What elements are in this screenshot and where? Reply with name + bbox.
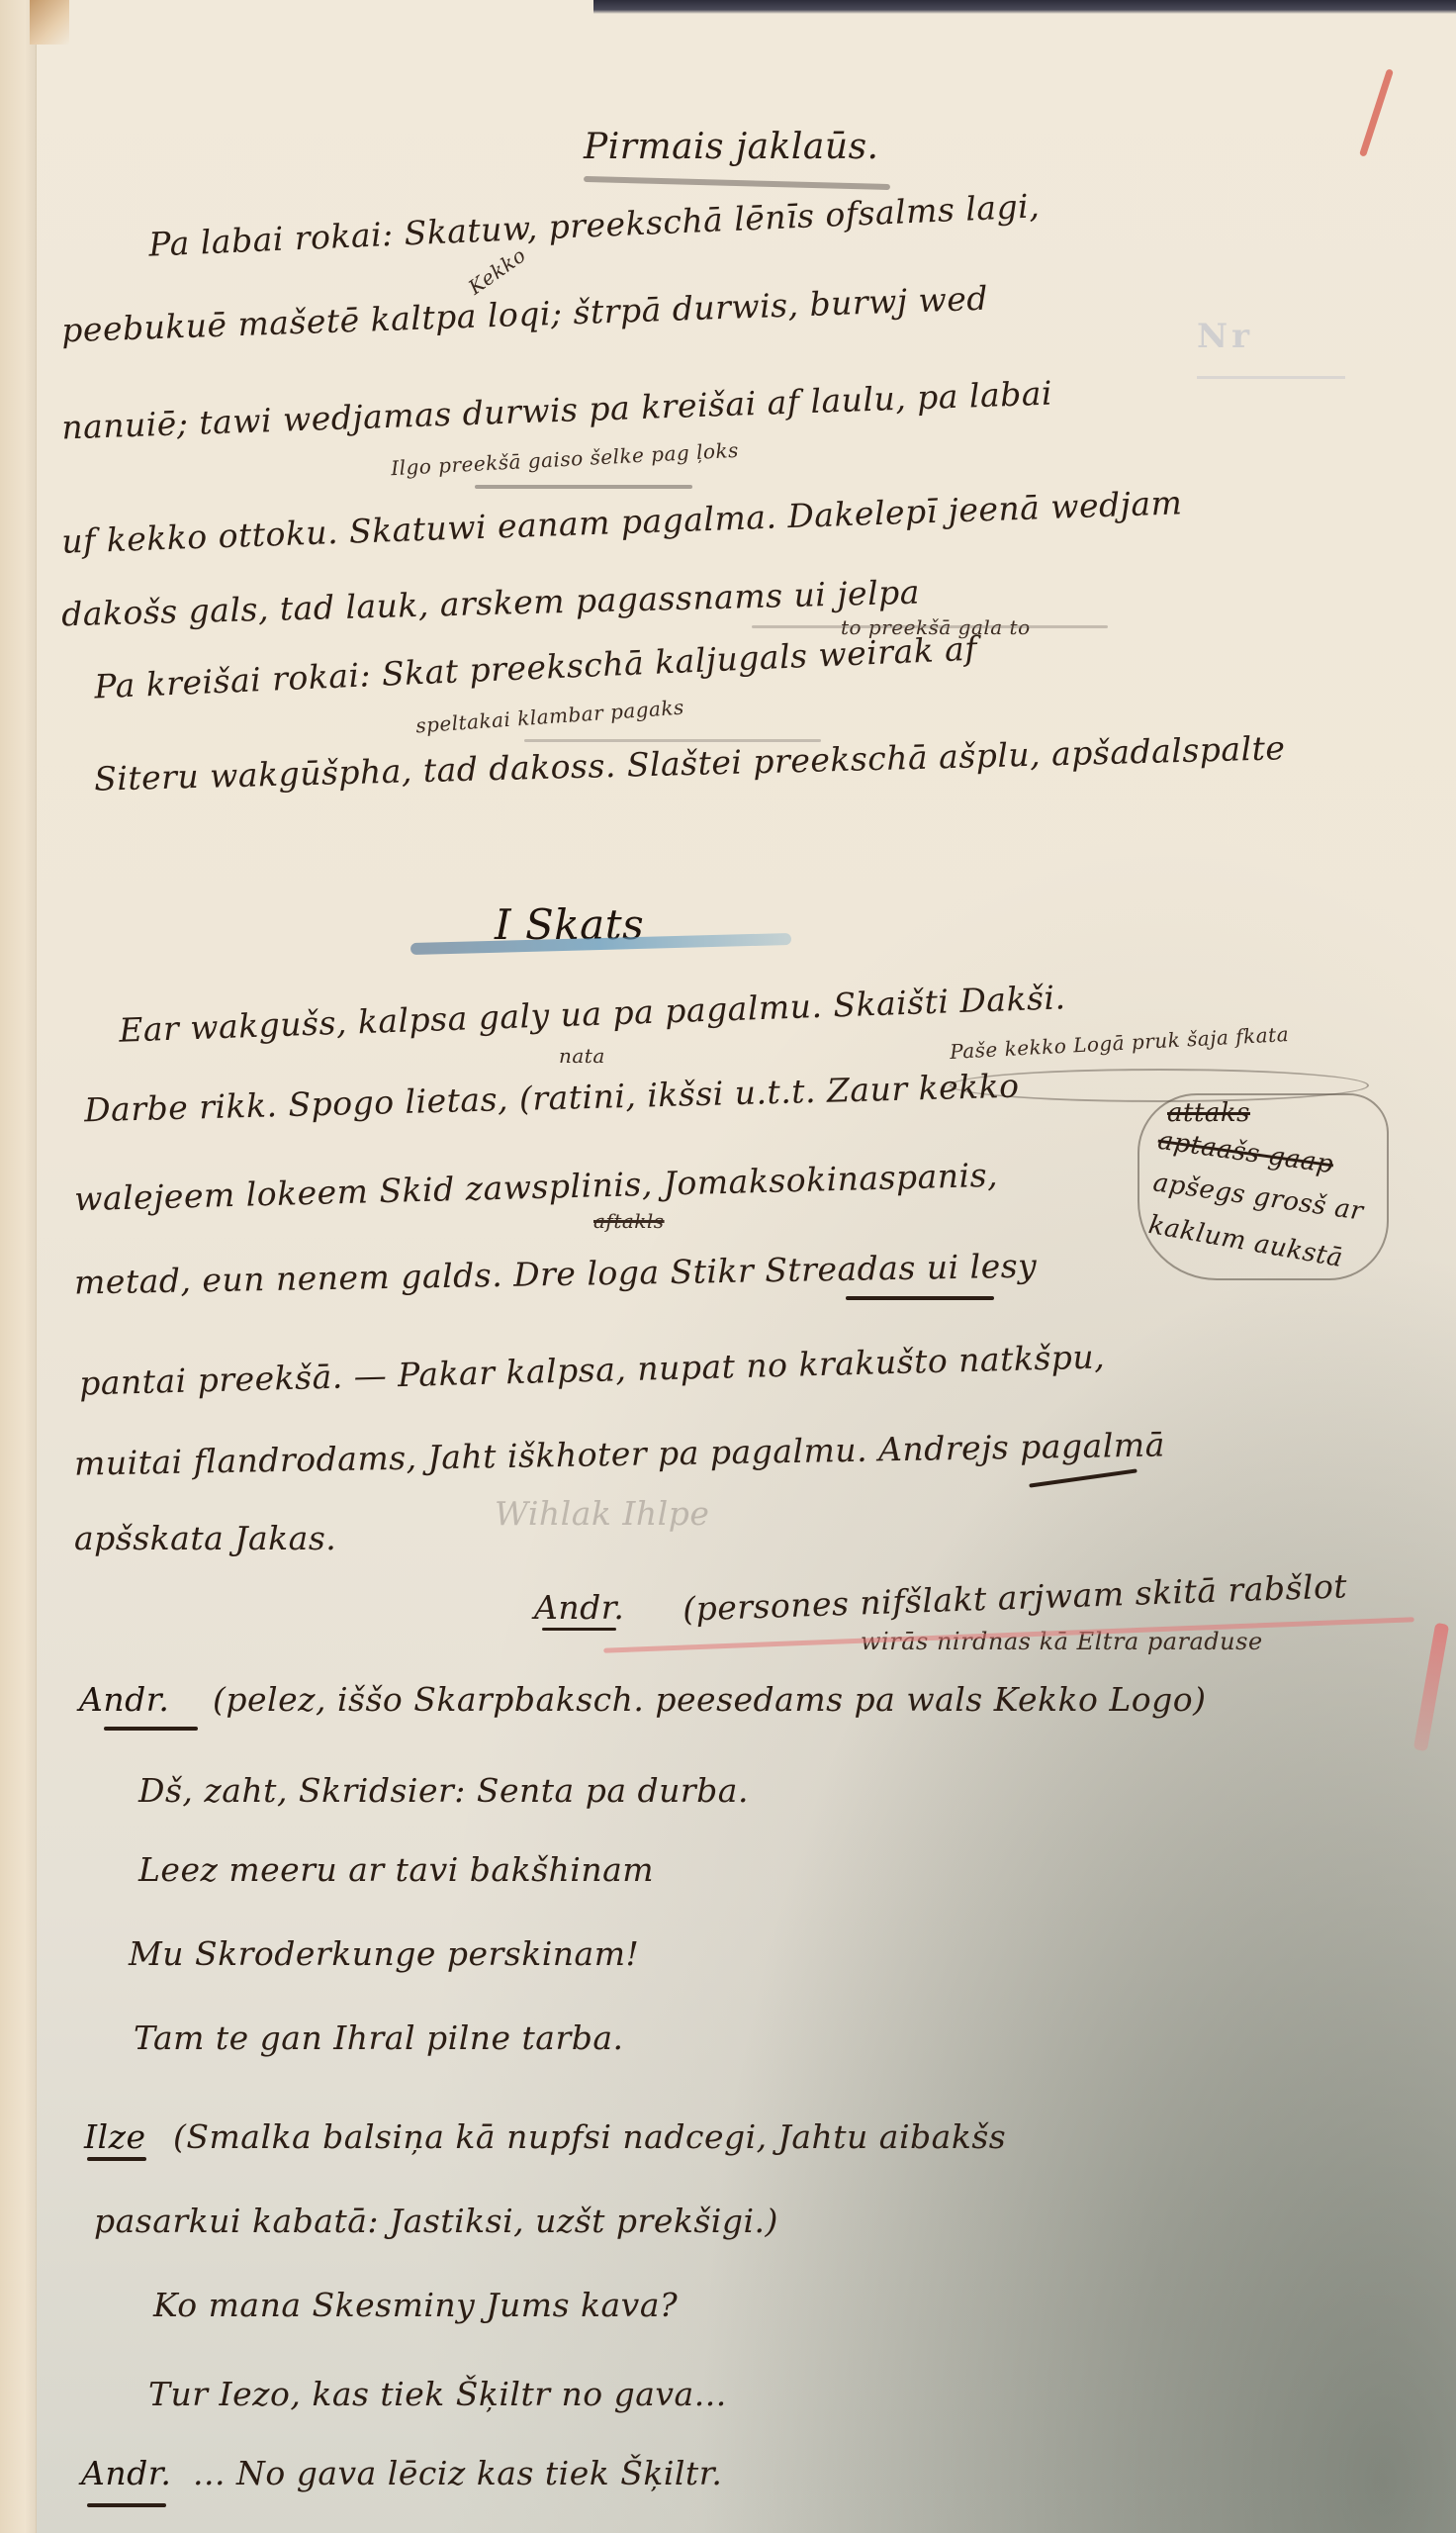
- dialogue-speaker: Andr.: [81, 2454, 171, 2492]
- speaker-underline: [87, 2503, 166, 2507]
- dialogue-text: Mu Skroderkunge perskinam!: [129, 1934, 639, 1973]
- insertion-above: Kekko: [464, 243, 530, 300]
- intro-line: nanuiē; tawi wedjamas durwis pa kreišai …: [61, 374, 1053, 447]
- page-binding-edge: [0, 0, 37, 2533]
- insertion-above: Ilgo preekšā gaiso šelke pag ļoks: [391, 438, 740, 480]
- top-shadow-band: [593, 0, 1456, 14]
- red-page-mark-icon: [1359, 68, 1394, 157]
- page-title: Pirmais jaklaūs.: [584, 127, 879, 167]
- stage-direction-speaker: Andr.: [534, 1588, 624, 1627]
- dialogue-text: pasarkui kabatā: Jastiksi, uzšt prekšigi…: [94, 2202, 778, 2240]
- ghost-stamp: Nr: [1197, 317, 1345, 379]
- scene-line: Darbe rikk. Spogo lietas, (ratini, ikšsi…: [84, 1067, 1020, 1130]
- speaker-underline: [104, 1727, 198, 1731]
- manuscript-page: Nr Pirmais jaklaūs. Pa labai rokai: Skat…: [0, 0, 1456, 2533]
- insertion-caret: [475, 485, 692, 489]
- dialogue-text: (pelez, iššo Skarpbaksch. peesedams pa w…: [213, 1680, 1207, 1719]
- insertion-struck: aftakls: [593, 1209, 665, 1233]
- scene-line: Ear wakgušs, kalpsa galy ua pa pagalmu. …: [119, 978, 1066, 1049]
- scene-line: muitai flandrodams, Jaht iškhoter pa pag…: [74, 1425, 1165, 1482]
- dialogue-text: (Smalka balsiņa kā nupfsi nadcegi, Jahtu…: [173, 2117, 1006, 2156]
- word-underline: [1029, 1468, 1137, 1487]
- scene-line: apšskata Jakas.: [74, 1519, 336, 1557]
- intro-line: Pa kreišai rokai: Skat preekschā kaljuga…: [94, 629, 978, 706]
- word-underline: [846, 1296, 994, 1300]
- dialogue-text: ... No gava lēciz kas tiek Šķiltr.: [193, 2454, 722, 2492]
- scene-line: metad, eun nenem galds. Dre loga Stikr S…: [74, 1247, 1038, 1302]
- intro-line: Pa labai rokai: Skatuw, preekschā lēnīs …: [148, 186, 1041, 263]
- insertion-caret: [752, 625, 1108, 628]
- scene-line: pantai preekšā. — Pakar kalpsa, nupat no…: [79, 1337, 1106, 1402]
- intro-line: uf kekko ottoku. Skatuwi eanam pagalma. …: [61, 483, 1183, 561]
- page-corner-stain: [30, 0, 69, 45]
- insertion-above: speltakai klambar pagaks: [414, 696, 684, 738]
- speaker-underline: [542, 1628, 616, 1631]
- speaker-underline: [87, 2157, 146, 2161]
- red-exclamation-mark-icon: [1413, 1623, 1449, 1751]
- margin-note-line: attaks: [1167, 1098, 1250, 1128]
- insertion-above: Paše kekko Logā pruk šaja fkata: [950, 1022, 1290, 1064]
- dialogue-text: Dš, zaht, Skridsier: Senta pa durba.: [138, 1771, 749, 1810]
- dialogue-speaker: Ilze: [84, 2117, 146, 2156]
- dialogue-text: Tam te gan Ihral pilne tarba.: [134, 2018, 624, 2057]
- insertion-above: nata: [559, 1044, 605, 1068]
- title-underline: [584, 176, 890, 190]
- intro-line: peebukuē mašetē kaltpa loqi; štrpā durwi…: [61, 279, 989, 350]
- dialogue-speaker: Andr.: [79, 1680, 169, 1719]
- dialogue-text: Tur Iezo, kas tiek Šķiltr no gava...: [148, 2375, 727, 2413]
- dialogue-text: Leez meeru ar tavi bakšhinam: [138, 1850, 654, 1889]
- stage-direction-line: (persones nifšlakt arjwam skitā rabšlot: [682, 1566, 1348, 1628]
- dialogue-text: Ko mana Skesminy Jums kava?: [153, 2286, 678, 2324]
- scene-line: walejeem lokeem Skid zawsplinis, Jomakso…: [74, 1156, 999, 1218]
- faint-pencil-note: Wihlak Ihlpe: [495, 1494, 709, 1533]
